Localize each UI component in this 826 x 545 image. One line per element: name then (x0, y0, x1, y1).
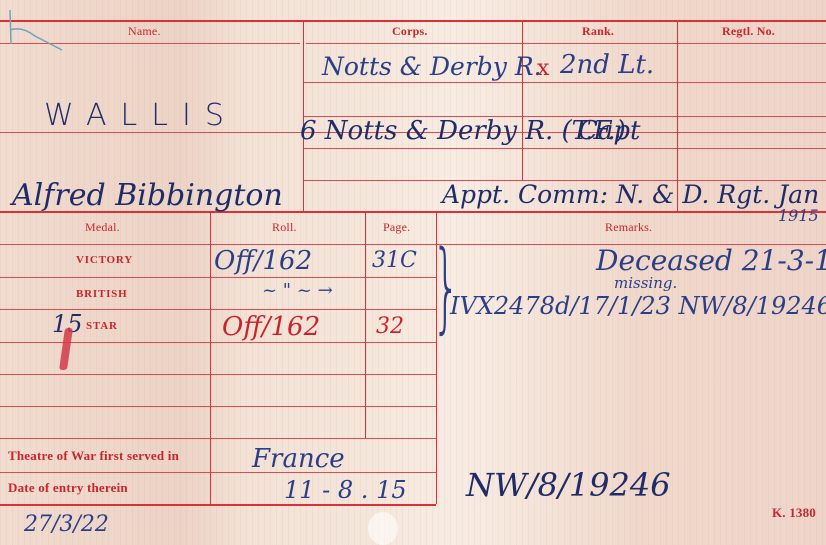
roll-header: Roll. (272, 220, 297, 235)
page-victory: 31C (372, 248, 417, 273)
rule-v-rank (522, 20, 523, 180)
roll-victory: Off/162 (214, 246, 312, 276)
rule-v-page (365, 212, 366, 438)
medal-british: BRITISH (76, 288, 127, 300)
remarks-missing: missing. (614, 274, 677, 292)
medal-star: STAR (86, 320, 118, 332)
medal-header: Medal. (85, 220, 120, 235)
page-header: Page. (383, 220, 410, 235)
remarks-header: Remarks. (605, 220, 652, 235)
corps-header: Corps. (392, 24, 428, 39)
roll-star: Off/162 (222, 312, 320, 342)
brace-mark: } (432, 238, 460, 336)
rank-entry-1: 2nd Lt. (560, 50, 654, 80)
roll-british-ditto: ~ " ~ → (262, 280, 333, 301)
theatre-label: Theatre of War first served in (8, 448, 179, 464)
theatre-value: France (252, 444, 345, 474)
corps-entry-2: 6 Notts & Derby R. (T.F.) (300, 116, 626, 146)
rank-entry-2: Capt (578, 116, 641, 146)
pen-stroke-mark (0, 8, 70, 53)
appointment-year: 1915 (778, 206, 819, 225)
surname: WALLIS (44, 98, 238, 133)
rule-row3 (304, 148, 826, 149)
rule-theatre (0, 472, 436, 473)
rule-medal-r1 (0, 277, 436, 278)
forenames: Alfred Bibbington (12, 178, 283, 213)
remarks-reference: IVX2478d/17/1/23 NW/8/19246 (450, 292, 826, 320)
footer-reference: NW/8/19246 (466, 466, 671, 504)
form-number: K. 1380 (772, 505, 816, 521)
rule-medal-r5 (0, 406, 436, 407)
rule-v-roll (210, 212, 211, 504)
footer-date: 27/3/22 (24, 512, 109, 537)
rule-date (0, 504, 436, 506)
entry-date-label: Date of entry therein (8, 480, 128, 496)
corps-entry-1: Notts & Derby R. (322, 52, 542, 81)
paper-blemish (368, 512, 398, 545)
rule-medal-r6 (0, 438, 436, 439)
rank-header: Rank. (582, 24, 614, 39)
entry-date-value: 11 - 8 . 15 (284, 476, 407, 504)
remarks-deceased: Deceased 21-3-18 (596, 244, 826, 277)
appointment-note: Appt. Comm: N. & D. Rgt. Jan (442, 180, 819, 209)
rank-cross-mark: x (537, 56, 549, 81)
rule-row1 (304, 82, 826, 83)
page-star: 32 (376, 314, 404, 339)
medal-index-card: Name. Corps. Rank. Regtl. No. WALLIS Alf… (0, 0, 826, 545)
rule-medal-r4 (0, 374, 436, 375)
medal-victory: VICTORY (76, 254, 133, 266)
rule-header-right (306, 43, 826, 44)
name-header: Name. (128, 24, 161, 39)
rule-top (0, 20, 826, 22)
regtl-no-header: Regtl. No. (722, 24, 775, 39)
rule-medal-header (0, 244, 436, 245)
